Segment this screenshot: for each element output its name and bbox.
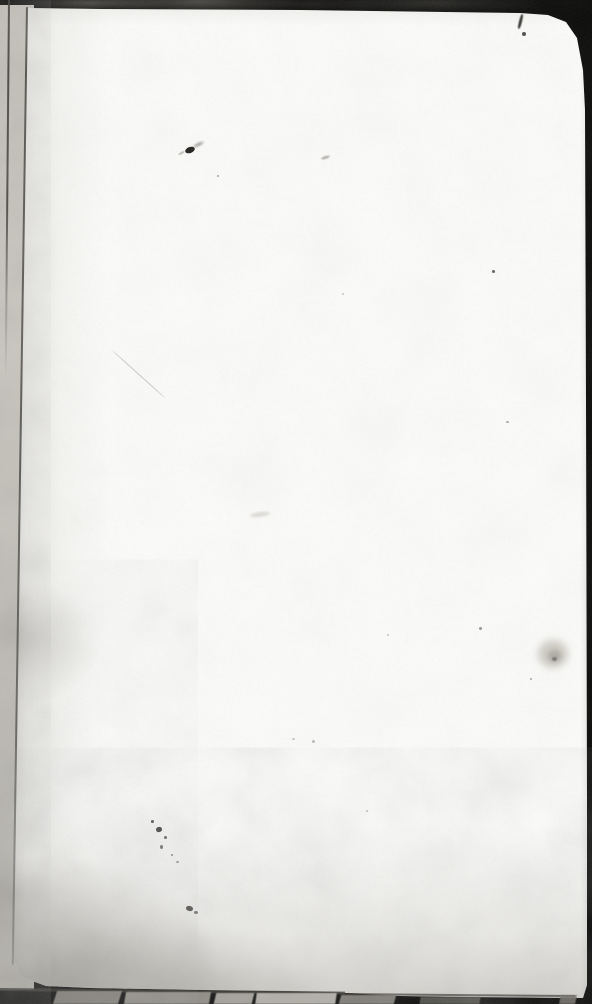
tiny-speck	[387, 634, 389, 636]
tiny-speck	[312, 740, 315, 743]
fanned-page-edge	[339, 995, 397, 1004]
fanned-page-edge	[53, 991, 122, 1004]
speck-cluster-b	[155, 826, 162, 832]
hook-scratch-top-right	[517, 14, 524, 29]
tiny-speck	[292, 738, 295, 740]
hairline-scratch	[113, 351, 166, 399]
ink-speck-comet-wisp	[178, 150, 185, 155]
fanned-page-edge	[559, 995, 577, 1004]
tiny-speck	[479, 627, 482, 630]
fanned-page-edge	[214, 993, 255, 1004]
bottom-speck-a	[186, 905, 194, 911]
speck-cluster-e	[171, 854, 173, 856]
fanned-page-edge	[255, 993, 337, 1004]
speck-cluster-a	[151, 820, 154, 823]
hook-scratch-dot	[522, 32, 526, 36]
tiny-speck	[530, 678, 532, 680]
tiny-speck	[492, 270, 495, 273]
bottom-speck-b	[194, 911, 198, 914]
ink-speck-comet-tail	[193, 141, 204, 149]
speck-cluster-d	[160, 845, 163, 849]
tiny-speck	[366, 810, 368, 812]
fanned-page-edge	[419, 997, 480, 1004]
fanned-page-edge	[124, 992, 211, 1004]
speck-cluster-f	[176, 861, 179, 863]
scanned-book-page-image	[0, 0, 592, 1004]
faint-smudge-center	[250, 511, 271, 519]
tiny-speck	[217, 175, 219, 177]
tiny-speck	[342, 293, 344, 295]
speck-cluster-c	[164, 836, 167, 839]
foxing-stain-fleck	[552, 657, 557, 661]
paper-marks-layer	[0, 0, 592, 1004]
faint-tick-mark	[321, 155, 330, 161]
tiny-speck	[506, 421, 509, 423]
